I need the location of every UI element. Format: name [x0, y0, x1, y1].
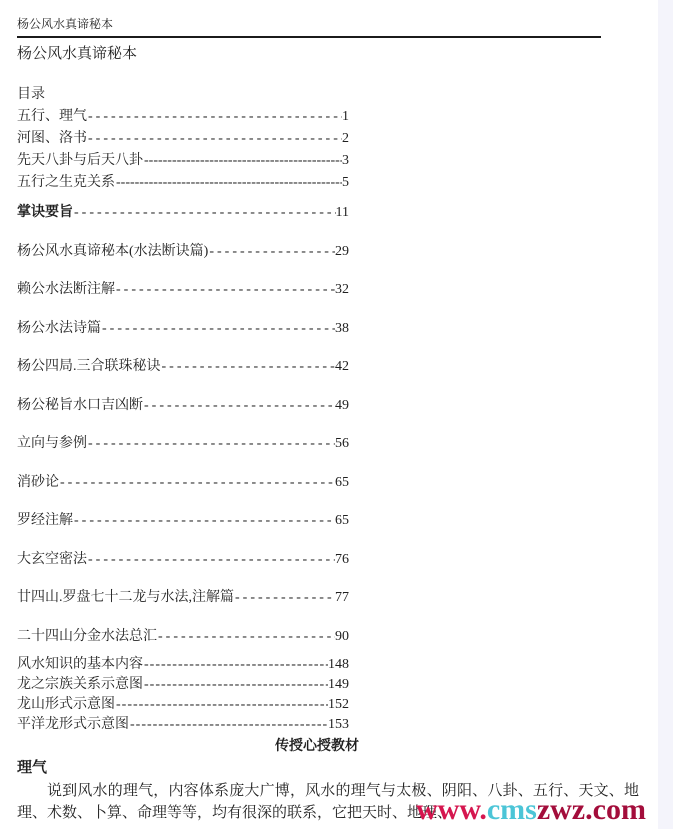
- toc-leader-dashes: ----------------------------------------…: [73, 202, 336, 224]
- toc-entry-page: 76: [335, 549, 349, 571]
- toc-entry-title: 赖公水法断注解: [17, 279, 115, 301]
- toc-entry: 五行之生克关系 --------------------------------…: [17, 172, 349, 194]
- toc-entry: 廿四山.罗盘七十二龙与水法,注解篇 ----------------------…: [17, 587, 349, 609]
- toc-entry-title: 风水知识的基本内容: [17, 655, 143, 675]
- toc-entry: 平洋龙形式示意图 -------------------------------…: [17, 715, 349, 735]
- toc-entry: 杨公四局.三合联珠秘诀 ----------------------------…: [17, 356, 349, 378]
- toc-leader-dashes: ----------------------------------------…: [129, 715, 328, 735]
- toc-entry: 龙之宗族关系示意图 ------------------------------…: [17, 675, 349, 695]
- scrollbar-track[interactable]: [658, 0, 673, 829]
- toc-entry-page: 65: [335, 472, 349, 494]
- toc-entry-title: 五行、理气: [17, 106, 87, 128]
- toc-leader-dashes: ----------------------------------------…: [161, 356, 336, 378]
- toc-entry-page: 153: [328, 715, 349, 735]
- toc-entry-page: 5: [342, 172, 349, 194]
- toc-entry-title: 龙山形式示意图: [17, 695, 115, 715]
- toc-entry: 消砂论 ------------------------------------…: [17, 472, 349, 494]
- toc-heading: 目录: [17, 84, 349, 106]
- toc-leader-dashes: ----------------------------------------…: [59, 472, 335, 494]
- toc-entry-page: 149: [328, 675, 349, 695]
- watermark-domain-segment: zwz.com: [537, 793, 646, 826]
- toc-entry-title: 杨公四局.三合联珠秘诀: [17, 356, 161, 378]
- toc-entry: 五行、理气 ----------------------------------…: [17, 106, 349, 128]
- toc-leader-dashes: ----------------------------------------…: [143, 395, 335, 417]
- toc-entry-page: 2: [342, 128, 349, 150]
- toc-leader-dashes: ----------------------------------------…: [208, 241, 335, 263]
- toc-leader-dashes: ----------------------------------------…: [87, 106, 342, 128]
- toc-entry-title: 廿四山.罗盘七十二龙与水法,注解篇: [17, 587, 234, 609]
- toc-entry-page: 56: [335, 433, 349, 455]
- toc-leader-dashes: ----------------------------------------…: [143, 675, 328, 695]
- toc-entry-title: 大玄空密法: [17, 549, 87, 571]
- toc-entry-title: 二十四山分金水法总汇: [17, 626, 157, 648]
- toc-entry-title: 河图、洛书: [17, 128, 87, 150]
- document-title: 杨公风水真谛秘本: [17, 44, 633, 64]
- toc-leader-dashes: ----------------------------------------…: [234, 587, 335, 609]
- toc-entry: 二十四山分金水法总汇 -----------------------------…: [17, 626, 349, 648]
- toc-entry-title: 五行之生克关系: [17, 172, 115, 194]
- toc-entry-page: 29: [335, 241, 349, 263]
- toc-entry-page: 3: [342, 150, 349, 172]
- toc-entry-page: 42: [335, 356, 349, 378]
- watermark-cms-segment: cms: [487, 793, 537, 826]
- toc-leader-dashes: ----------------------------------------…: [143, 655, 328, 675]
- toc-entry-title: 先天八卦与后天八卦: [17, 150, 143, 172]
- toc-entry-title: 立向与参例: [17, 433, 87, 455]
- toc-entry-title: 消砂论: [17, 472, 59, 494]
- toc-entry-title: 龙之宗族关系示意图: [17, 675, 143, 695]
- toc-leader-dashes: ----------------------------------------…: [143, 150, 342, 172]
- toc-leader-dashes: ----------------------------------------…: [157, 626, 335, 648]
- toc-entry-page: 152: [328, 695, 349, 715]
- toc-entry: 赖公水法断注解 --------------------------------…: [17, 279, 349, 301]
- toc-leader-dashes: ----------------------------------------…: [115, 695, 328, 715]
- toc-entry: 掌诀要旨 -----------------------------------…: [17, 202, 349, 224]
- toc-entry: 杨公风水真谛秘本(水法断诀篇) ------------------------…: [17, 241, 349, 263]
- toc-entry: 河图、洛书 ----------------------------------…: [17, 128, 349, 150]
- toc-leader-dashes: ----------------------------------------…: [73, 510, 335, 532]
- toc-entry: 风水知识的基本内容 ------------------------------…: [17, 655, 349, 675]
- toc-entry: 龙山形式示意图 --------------------------------…: [17, 695, 349, 715]
- toc-entry: 立向与参例 ----------------------------------…: [17, 433, 349, 455]
- toc-entry: 先天八卦与后天八卦 ------------------------------…: [17, 150, 349, 172]
- centered-section-heading: 传授心授教材: [17, 737, 617, 757]
- toc-entry-title: 杨公水法诗篇: [17, 318, 101, 340]
- toc-entry-title: 平洋龙形式示意图: [17, 715, 129, 735]
- watermark-www-segment: www.: [416, 793, 487, 826]
- toc-entry-title: 罗经注解: [17, 510, 73, 532]
- toc-entry-page: 49: [335, 395, 349, 417]
- toc-entry-page: 90: [335, 626, 349, 648]
- toc-entry-page: 11: [336, 202, 349, 224]
- toc-leader-dashes: ----------------------------------------…: [87, 433, 335, 455]
- toc-entry-title: 杨公风水真谛秘本(水法断诀篇): [17, 241, 208, 263]
- toc-entry: 大玄空密法 ----------------------------------…: [17, 549, 349, 571]
- toc-entry-page: 148: [328, 655, 349, 675]
- toc-leader-dashes: ----------------------------------------…: [101, 318, 335, 340]
- toc-leader-dashes: ----------------------------------------…: [87, 128, 342, 150]
- toc-entry-page: 65: [335, 510, 349, 532]
- toc-entry-title: 杨公秘旨水口吉凶断: [17, 395, 143, 417]
- table-of-contents: 目录 五行、理气 -------------------------------…: [17, 84, 349, 735]
- document-page: 杨公风水真谛秘本 杨公风水真谛秘本 目录 五行、理气 -------------…: [0, 0, 673, 825]
- toc-entry: 杨公秘旨水口吉凶断 ------------------------------…: [17, 395, 349, 417]
- header-rule: [17, 36, 601, 38]
- toc-entry-page: 77: [335, 587, 349, 609]
- toc-entry: 杨公水法诗篇 ---------------------------------…: [17, 318, 349, 340]
- toc-entry-page: 1: [342, 106, 349, 128]
- toc-entry-page: 32: [335, 279, 349, 301]
- running-header: 杨公风水真谛秘本: [17, 16, 633, 32]
- section-subheading: 理气: [17, 758, 633, 778]
- toc-entry: 罗经注解 -----------------------------------…: [17, 510, 349, 532]
- toc-leader-dashes: ----------------------------------------…: [115, 172, 342, 194]
- toc-entry-page: 38: [335, 318, 349, 340]
- site-watermark: www.cmszwz.com: [416, 794, 646, 826]
- toc-leader-dashes: ----------------------------------------…: [87, 549, 335, 571]
- toc-leader-dashes: ----------------------------------------…: [115, 279, 335, 301]
- toc-entry-title: 掌诀要旨: [17, 202, 73, 224]
